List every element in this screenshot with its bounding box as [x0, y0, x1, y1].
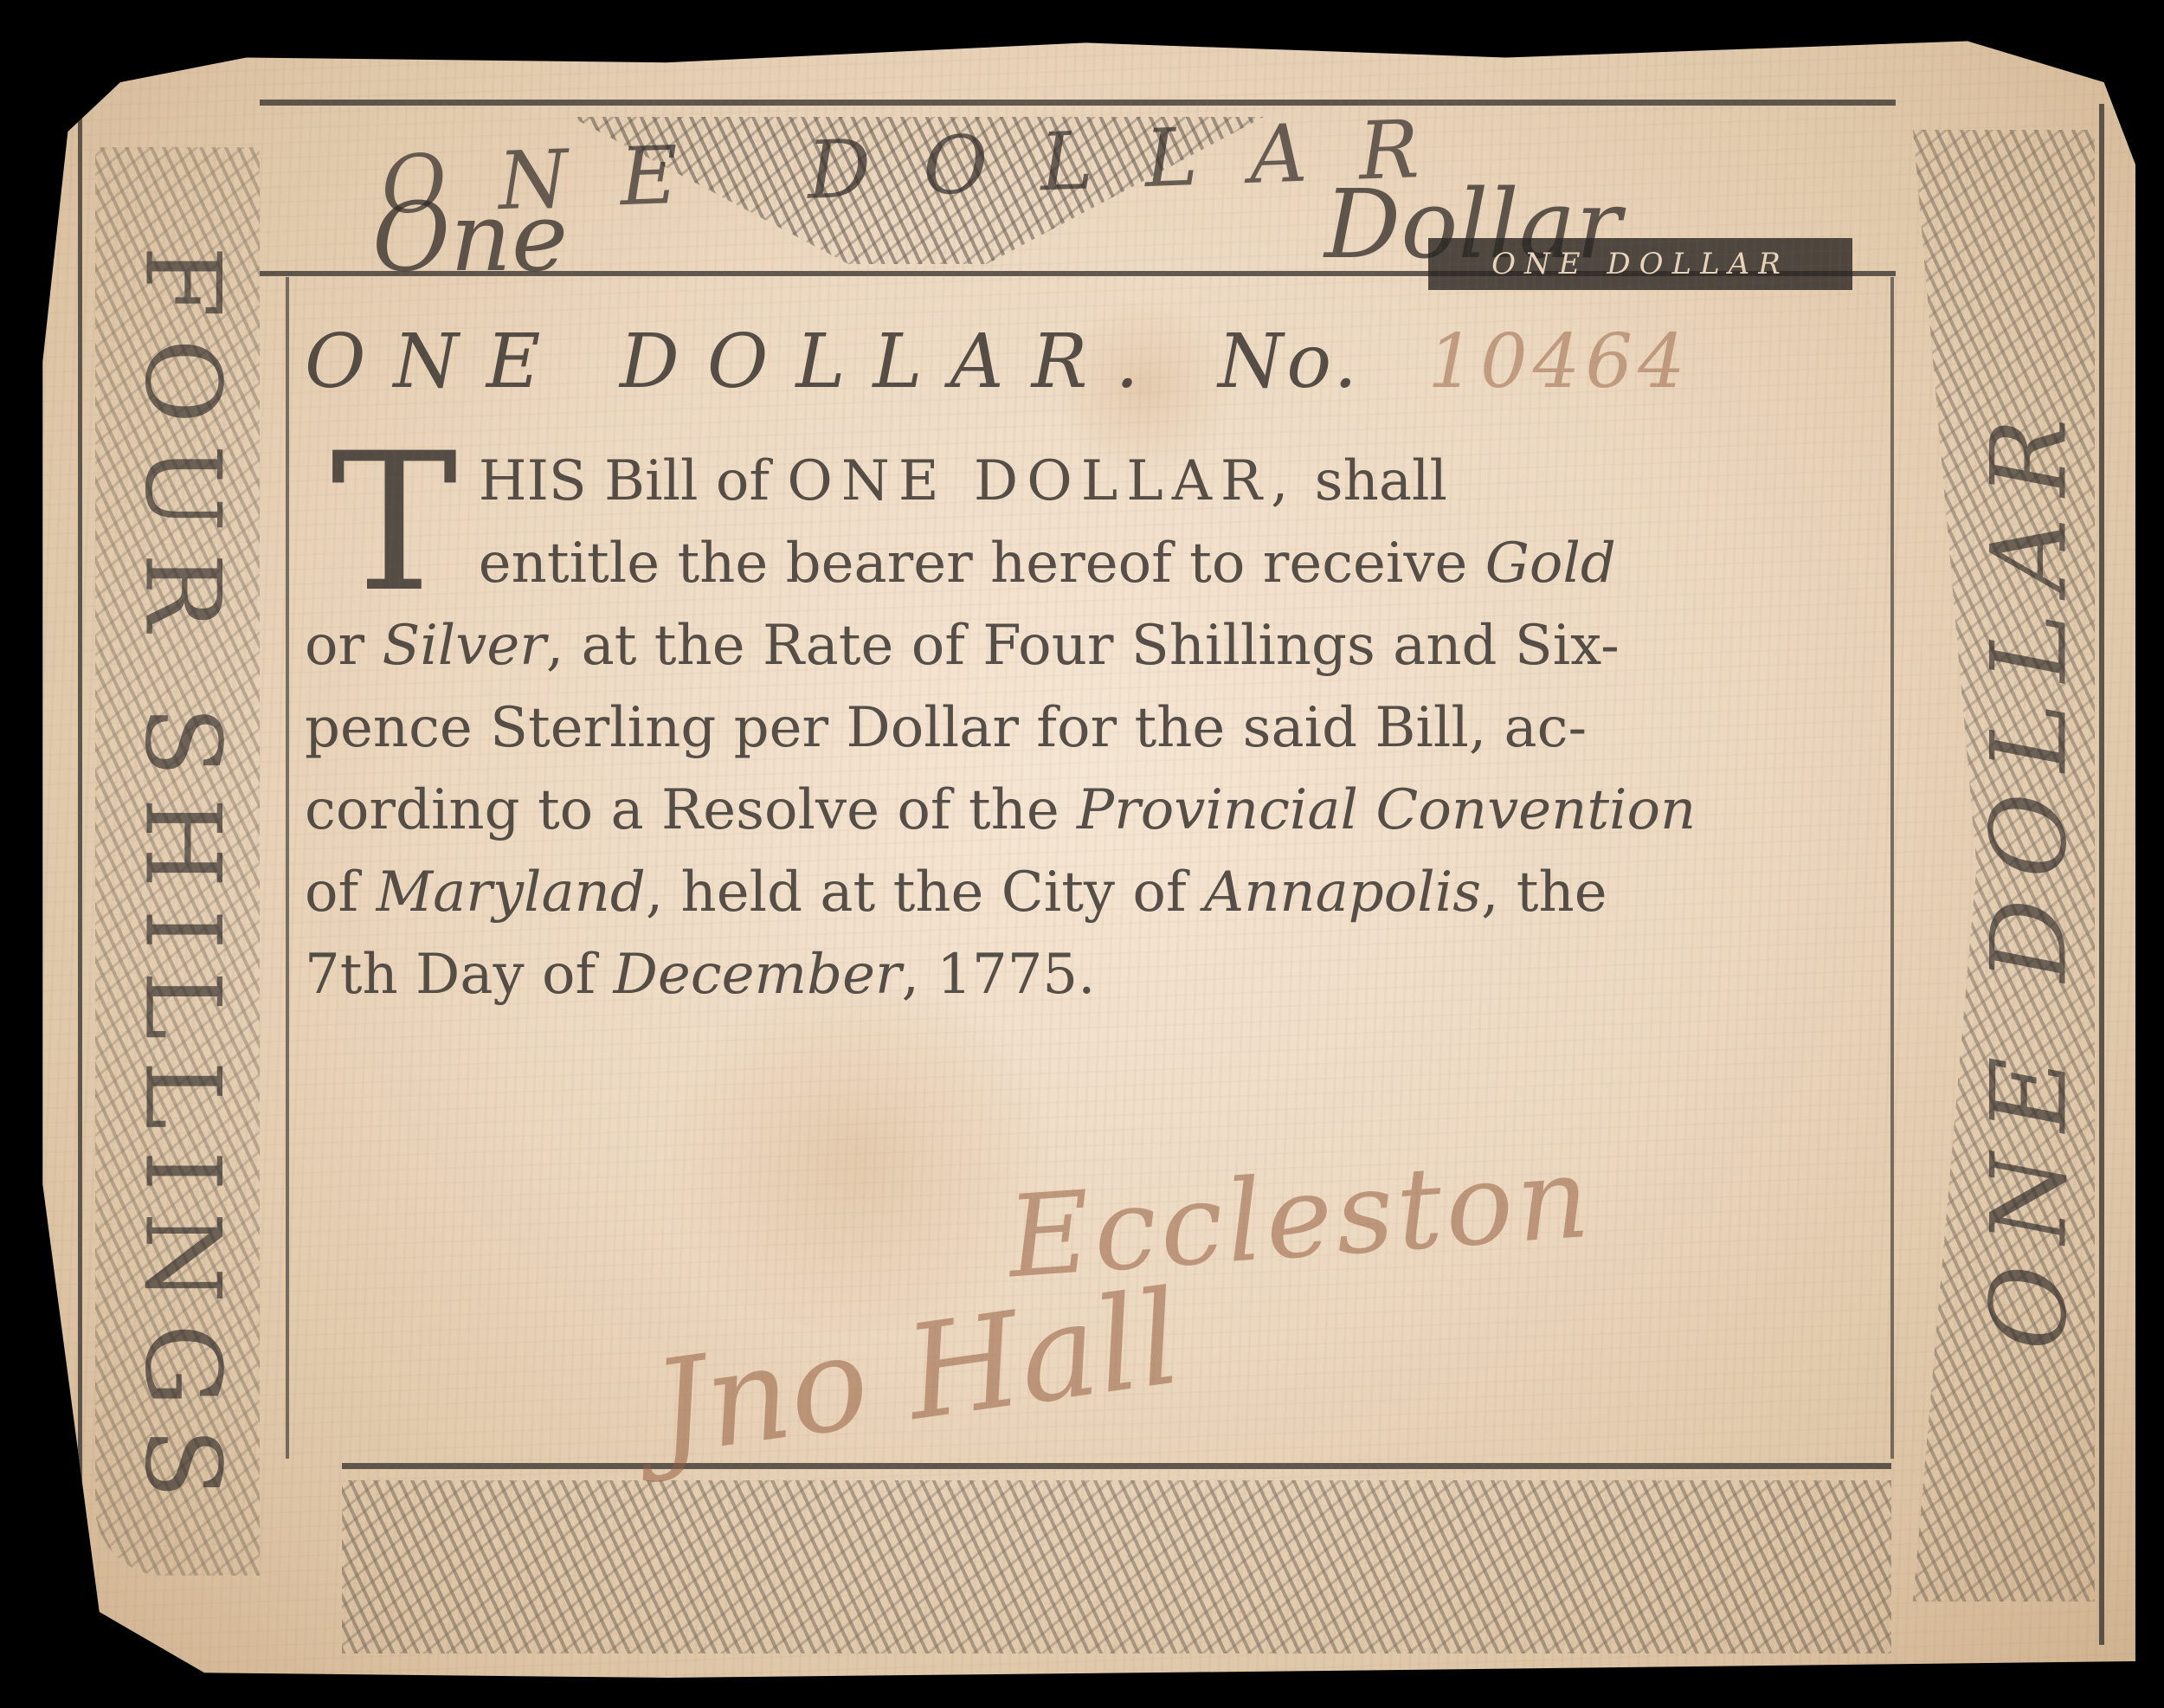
right-ornamental-border: ONE DOLLAR: [1900, 104, 2108, 1645]
right-outer-rule: [2099, 104, 2104, 1645]
body-line: entitle the bearer hereof to receive Gol…: [305, 523, 1880, 605]
body-line: of Maryland, held at the City of Annapol…: [305, 852, 1880, 934]
body-line: HIS Bill of ONE DOLLAR, shall: [305, 441, 1880, 523]
italic-text: Maryland: [377, 860, 646, 925]
bill-text: ONE DOLLAR. No. 10464 T HIS Bill of ONE …: [305, 325, 1880, 1016]
right-border-text: ONE DOLLAR: [1970, 182, 2090, 1567]
body-text-segment: 7th Day of: [305, 943, 614, 1007]
body-text-segment: cording to a Resolve of the: [305, 778, 1077, 842]
body-line: pence Sterling per Dollar for the said B…: [305, 687, 1880, 770]
italic-text: Provincial Convention: [1077, 778, 1696, 842]
body-text-segment: or: [305, 614, 382, 678]
left-border-text: FOUR SHILLINGS: [122, 190, 242, 1576]
body-text-segment: , held at the City of: [646, 860, 1204, 925]
drop-cap: T: [331, 449, 458, 596]
body-line: 7th Day of December, 1775.: [305, 934, 1880, 1016]
number-prefix: No.: [1218, 319, 1361, 405]
body-text-segment: entitle the bearer hereof to receive: [479, 532, 1485, 596]
body-line: or Silver, at the Rate of Four Shillings…: [305, 605, 1880, 687]
body-text-segment: HIS Bill of: [479, 449, 788, 513]
italic-text: Silver: [382, 614, 545, 678]
text-panel: ONE DOLLAR. No. 10464 T HIS Bill of ONE …: [286, 277, 1894, 1459]
body-text-segment: pence Sterling per Dollar for the said B…: [305, 696, 1587, 760]
body-text-segment: ONE DOLLAR,: [787, 449, 1297, 513]
signature-2: Jno Hall: [645, 1262, 1189, 1485]
body-text-segment: of: [305, 860, 377, 925]
italic-text: Annapolis: [1204, 860, 1481, 925]
body-text-segment: , 1775.: [902, 943, 1096, 1007]
top-ornamental-banner: ONE DOLLAR One Dollar ONE DOLLAR: [260, 100, 1896, 277]
bottom-border-engraving: [342, 1480, 1891, 1653]
left-outer-rule: [78, 113, 82, 1619]
bottom-top-rule: [342, 1463, 1891, 1469]
italic-text: Gold: [1485, 532, 1616, 596]
bill-heading: ONE DOLLAR. No. 10464: [305, 325, 1880, 399]
body-text-segment: , at the Rate of Four Shillings and Six-: [546, 614, 1620, 678]
banknote-paper: ONE DOLLAR One Dollar ONE DOLLAR FOUR SH…: [36, 33, 2135, 1678]
bill-body: T HIS Bill of ONE DOLLAR, shallentitle t…: [305, 441, 1880, 1016]
bottom-ornamental-border: [342, 1463, 1891, 1658]
italic-text: December: [614, 943, 902, 1007]
left-ornamental-border: FOUR SHILLINGS: [78, 113, 277, 1619]
serial-number: 10464: [1427, 319, 1691, 405]
body-text-segment: , the: [1481, 860, 1607, 925]
denomination-heading: ONE DOLLAR.: [305, 319, 1167, 405]
body-line: cording to a Resolve of the Provincial C…: [305, 770, 1880, 852]
banner-script-left: One: [372, 182, 568, 293]
body-text-segment: shall: [1297, 449, 1447, 513]
